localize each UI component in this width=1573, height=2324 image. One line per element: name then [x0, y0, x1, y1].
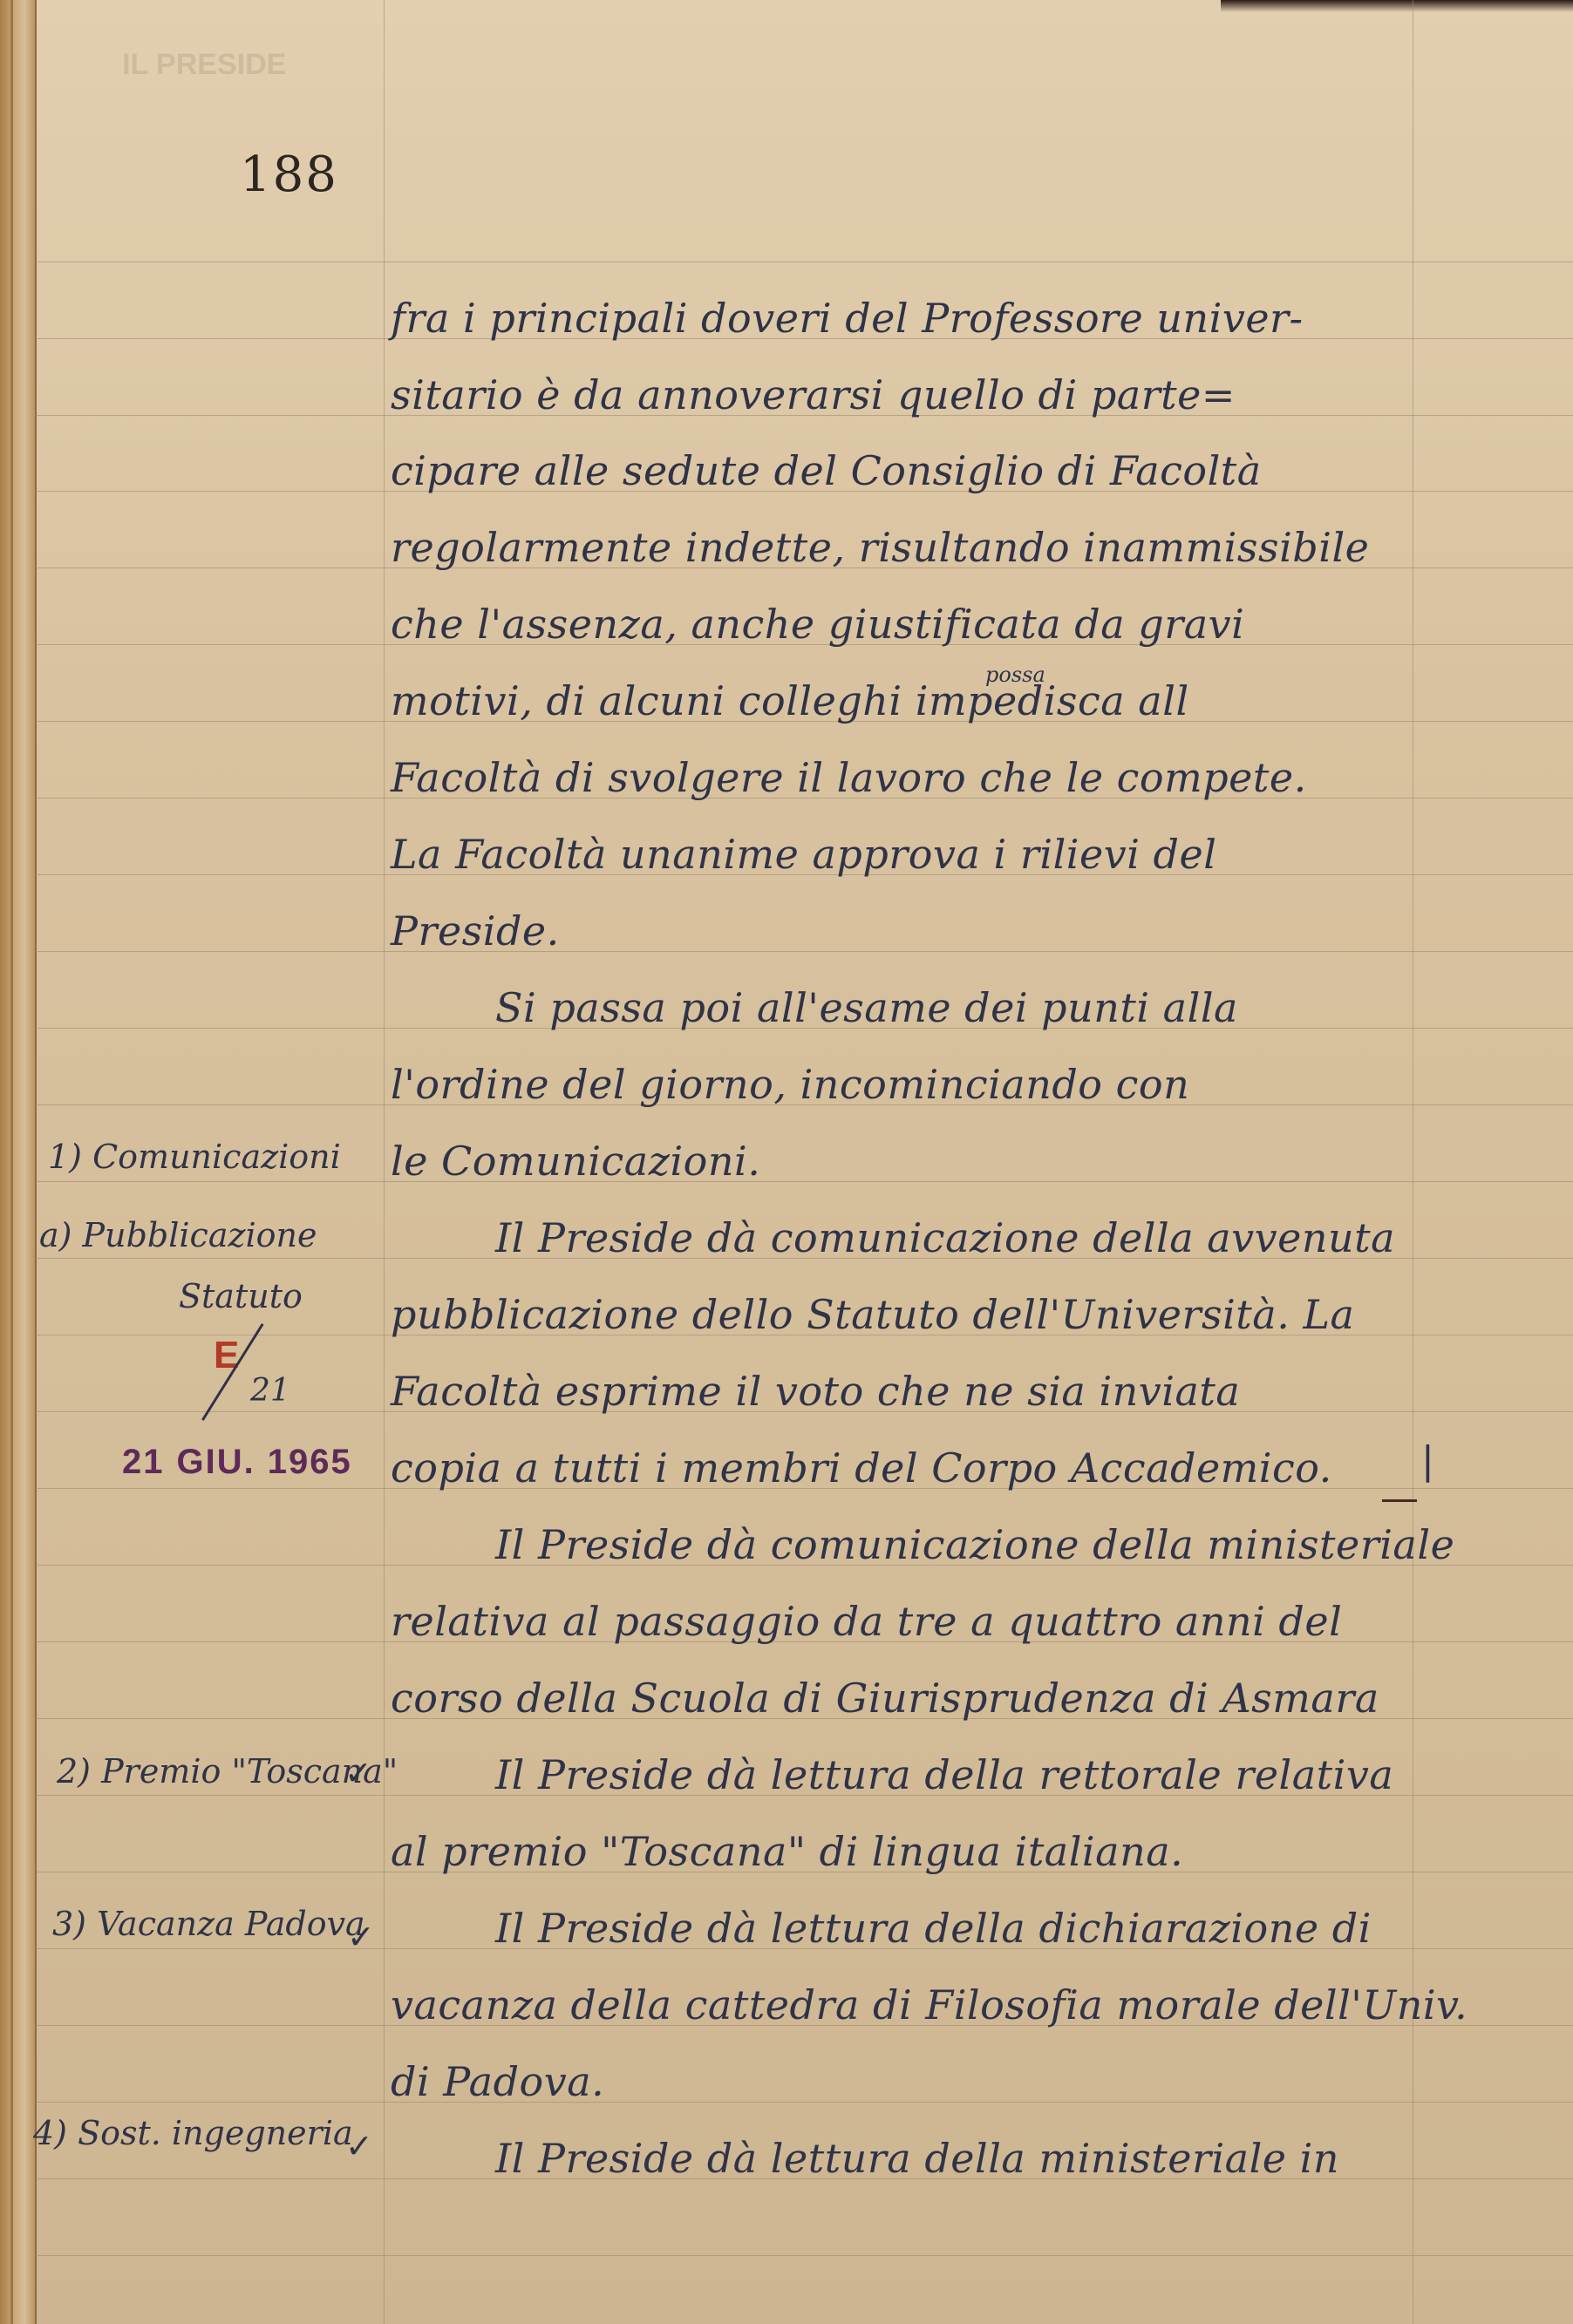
book-binding: [0, 0, 37, 2324]
text-line: copia a tutti i membri del Corpo Accadem…: [391, 1442, 1420, 1494]
text-line: sitario è da annoverarsi quello di parte…: [391, 369, 1420, 421]
margin-underline-mark: [1382, 1499, 1417, 1502]
text-line: vacanza della cattedra di Filosofia mora…: [391, 1979, 1420, 2031]
binding-edge: [10, 0, 13, 2324]
text-line: al premio "Toscana" di lingua italiana.: [391, 1825, 1420, 1878]
text-line: che l'assenza, anche giustificata da gra…: [391, 598, 1420, 650]
date-stamp-year: 1965: [268, 1443, 352, 1481]
text-line: le Comunicazioni.: [391, 1135, 1420, 1187]
text-line: Il Preside dà lettura della ministeriale…: [391, 2132, 1420, 2185]
text-line: cipare alle sedute del Consiglio di Faco…: [391, 445, 1420, 497]
margin-note-statuto: Statuto: [179, 1277, 303, 1315]
text-line: di Padova.: [391, 2056, 1420, 2108]
ledger-page: IL PRESIDE 188 fra i principali doveri d…: [0, 0, 1573, 2324]
text-line: corso della Scuola di Giurisprudenza di …: [391, 1672, 1420, 1724]
filing-letter-stamp: E: [214, 1334, 239, 1377]
date-stamp-day: 21: [122, 1443, 165, 1481]
text-line: Preside.: [391, 905, 1420, 957]
checkmark-icon: ✓: [344, 1754, 372, 1792]
left-margin-line: [384, 0, 385, 2324]
margin-note-sost-ingegneria: 4) Sost. ingegneria: [33, 2114, 353, 2152]
text-line: motivi, di alcuni colleghi impedisca all: [391, 675, 1420, 727]
text-line: fra i principali doveri del Professore u…: [391, 292, 1420, 344]
ruled-line: [35, 262, 1573, 262]
text-line: Si passa poi all'esame dei punti alla: [391, 982, 1420, 1034]
margin-note-comunicazioni: 1) Comunicazioni: [48, 1138, 341, 1176]
checkmark-icon: ✓: [347, 1918, 375, 1956]
margin-note-vacanza-padova: 3) Vacanza Padova: [52, 1905, 365, 1943]
page-number: 188: [240, 146, 338, 203]
date-stamp-month: GIU.: [177, 1443, 255, 1481]
text-line: Il Preside dà lettura della rettorale re…: [391, 1749, 1420, 1801]
filing-number: 21: [250, 1373, 290, 1409]
checkmark-icon: ✓: [345, 2127, 373, 2165]
text-line: Il Preside dà comunicazione della avvenu…: [391, 1212, 1420, 1264]
margin-note-pubblicazione: a) Pubblicazione: [39, 1216, 317, 1254]
interlinear-insertion: possa: [985, 663, 1045, 687]
bleed-through-header: IL PRESIDE: [122, 48, 286, 82]
text-line: l'ordine del giorno, incominciando con: [391, 1058, 1420, 1111]
text-line: relativa al passaggio da tre a quattro a…: [391, 1595, 1420, 1648]
text-line: pubblicazione dello Statuto dell'Univers…: [391, 1288, 1420, 1341]
text-line: Il Preside dà lettura della dichiarazion…: [391, 1902, 1420, 1954]
closing-bracket-mark: |: [1421, 1438, 1434, 1483]
text-line: Il Preside dà comunicazione della minist…: [391, 1519, 1420, 1571]
text-line: La Facoltà unanime approva i rilievi del: [391, 828, 1420, 880]
text-line: Facoltà esprime il voto che ne sia invia…: [391, 1365, 1420, 1417]
page-top-shadow: [1221, 0, 1573, 12]
date-stamp: 21GIU.1965: [122, 1443, 352, 1482]
text-line: Facoltà di svolgere il lavoro che le com…: [391, 751, 1420, 804]
ruled-line: [35, 2255, 1573, 2256]
text-line: regolarmente indette, risultando inammis…: [391, 521, 1420, 574]
